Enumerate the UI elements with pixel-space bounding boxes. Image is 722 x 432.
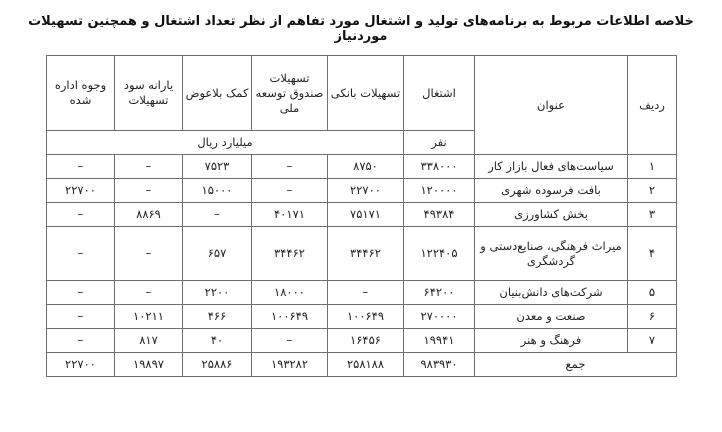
- cell-bank: ۱۶۴۵۶: [328, 329, 404, 353]
- cell-radif: ۷: [628, 329, 677, 353]
- cell-vojooh: –: [47, 329, 115, 353]
- header-onvan: عنوان: [475, 56, 628, 155]
- cell-komak: ۶۵۷: [183, 227, 252, 281]
- cell-onvan: شرکت‌های دانش‌بنیان: [475, 281, 628, 305]
- cell-radif: ۶: [628, 305, 677, 329]
- cell-sandogh: ۱۰۰۶۴۹: [252, 305, 328, 329]
- table-row: ۴ میراث فرهنگی، صنایع‌دستی و گردشگری ۱۲۲…: [47, 227, 677, 281]
- cell-yarane: ۱۰۲۱۱: [115, 305, 183, 329]
- total-vojooh: ۲۲۷۰۰: [47, 353, 115, 377]
- cell-ishteghal: ۳۳۸۰۰۰: [404, 155, 475, 179]
- cell-vojooh: ۲۲۷۰۰: [47, 179, 115, 203]
- header-ishteghal: اشتغال: [404, 56, 475, 131]
- cell-sandogh: –: [252, 329, 328, 353]
- cell-radif: ۲: [628, 179, 677, 203]
- cell-ishteghal: ۱۲۰۰۰۰: [404, 179, 475, 203]
- unit-nafar: نفر: [404, 131, 475, 155]
- cell-komak: ۴۶۶: [183, 305, 252, 329]
- cell-ishteghal: ۶۴۲۰۰: [404, 281, 475, 305]
- unit-miliard-rial: میلیارد ریال: [47, 131, 404, 155]
- cell-vojooh: –: [47, 203, 115, 227]
- cell-sandogh: ۱۸۰۰۰: [252, 281, 328, 305]
- cell-radif: ۴: [628, 227, 677, 281]
- cell-onvan: بافت فرسوده شهری: [475, 179, 628, 203]
- cell-yarane: ۸۱۷: [115, 329, 183, 353]
- cell-ishteghal: ۴۹۳۸۴: [404, 203, 475, 227]
- cell-bank: –: [328, 281, 404, 305]
- table-row: ۳ بخش کشاورزی ۴۹۳۸۴ ۷۵۱۷۱ ۴۰۱۷۱ – ۸۸۶۹ –: [47, 203, 677, 227]
- cell-komak: –: [183, 203, 252, 227]
- cell-bank: ۸۷۵۰: [328, 155, 404, 179]
- total-label: جمع: [475, 353, 677, 377]
- cell-onvan: فرهنگ و هنر: [475, 329, 628, 353]
- cell-komak: ۱۵۰۰۰: [183, 179, 252, 203]
- table-row: ۲ بافت فرسوده شهری ۱۲۰۰۰۰ ۲۲۷۰۰ – ۱۵۰۰۰ …: [47, 179, 677, 203]
- header-komak: کمک بلاعوض: [183, 56, 252, 131]
- cell-sandogh: –: [252, 179, 328, 203]
- cell-sandogh: ۴۰۱۷۱: [252, 203, 328, 227]
- cell-vojooh: –: [47, 155, 115, 179]
- cell-vojooh: –: [47, 305, 115, 329]
- cell-ishteghal: ۱۲۲۴۰۵: [404, 227, 475, 281]
- document-title: خلاصه اطلاعات مربوط به برنامه‌های تولید …: [0, 14, 722, 44]
- cell-vojooh: –: [47, 281, 115, 305]
- table-row: ۶ صنعت و معدن ۲۷۰۰۰۰ ۱۰۰۶۴۹ ۱۰۰۶۴۹ ۴۶۶ ۱…: [47, 305, 677, 329]
- total-row: جمع ۹۸۳۹۳۰ ۲۵۸۱۸۸ ۱۹۳۲۸۲ ۲۵۸۸۶ ۱۹۸۹۷ ۲۲۷…: [47, 353, 677, 377]
- header-radif: ردیف: [628, 56, 677, 155]
- cell-ishteghal: ۱۹۹۴۱: [404, 329, 475, 353]
- cell-ishteghal: ۲۷۰۰۰۰: [404, 305, 475, 329]
- header-yarane: یارانه سود تسهیلات: [115, 56, 183, 131]
- table-row: ۷ فرهنگ و هنر ۱۹۹۴۱ ۱۶۴۵۶ – ۴۰ ۸۱۷ –: [47, 329, 677, 353]
- cell-komak: ۲۲۰۰: [183, 281, 252, 305]
- cell-sandogh: ۳۴۴۶۲: [252, 227, 328, 281]
- cell-yarane: –: [115, 155, 183, 179]
- cell-yarane: ۸۸۶۹: [115, 203, 183, 227]
- cell-onvan: سیاست‌های فعال بازار کار: [475, 155, 628, 179]
- cell-bank: ۱۰۰۶۴۹: [328, 305, 404, 329]
- cell-bank: ۷۵۱۷۱: [328, 203, 404, 227]
- summary-table: ردیف عنوان اشتغال تسهیلات بانکی تسهیلات …: [46, 55, 677, 377]
- cell-bank: ۳۴۴۶۲: [328, 227, 404, 281]
- cell-onvan: بخش کشاورزی: [475, 203, 628, 227]
- cell-radif: ۵: [628, 281, 677, 305]
- table-row: ۱ سیاست‌های فعال بازار کار ۳۳۸۰۰۰ ۸۷۵۰ –…: [47, 155, 677, 179]
- header-bank: تسهیلات بانکی: [328, 56, 404, 131]
- table-row: ۵ شرکت‌های دانش‌بنیان ۶۴۲۰۰ – ۱۸۰۰۰ ۲۲۰۰…: [47, 281, 677, 305]
- total-ishteghal: ۹۸۳۹۳۰: [404, 353, 475, 377]
- total-sandogh: ۱۹۳۲۸۲: [252, 353, 328, 377]
- total-yarane: ۱۹۸۹۷: [115, 353, 183, 377]
- cell-yarane: –: [115, 227, 183, 281]
- header-vojooh: وجوه اداره شده: [47, 56, 115, 131]
- cell-vojooh: –: [47, 227, 115, 281]
- cell-sandogh: –: [252, 155, 328, 179]
- header-sandogh: تسهیلات صندوق توسعه ملی: [252, 56, 328, 131]
- cell-bank: ۲۲۷۰۰: [328, 179, 404, 203]
- cell-yarane: –: [115, 179, 183, 203]
- cell-yarane: –: [115, 281, 183, 305]
- total-komak: ۲۵۸۸۶: [183, 353, 252, 377]
- cell-komak: ۴۰: [183, 329, 252, 353]
- total-bank: ۲۵۸۱۸۸: [328, 353, 404, 377]
- cell-onvan: صنعت و معدن: [475, 305, 628, 329]
- cell-komak: ۷۵۲۳: [183, 155, 252, 179]
- cell-radif: ۱: [628, 155, 677, 179]
- cell-radif: ۳: [628, 203, 677, 227]
- header-row: ردیف عنوان اشتغال تسهیلات بانکی تسهیلات …: [47, 56, 677, 131]
- cell-onvan: میراث فرهنگی، صنایع‌دستی و گردشگری: [475, 227, 628, 281]
